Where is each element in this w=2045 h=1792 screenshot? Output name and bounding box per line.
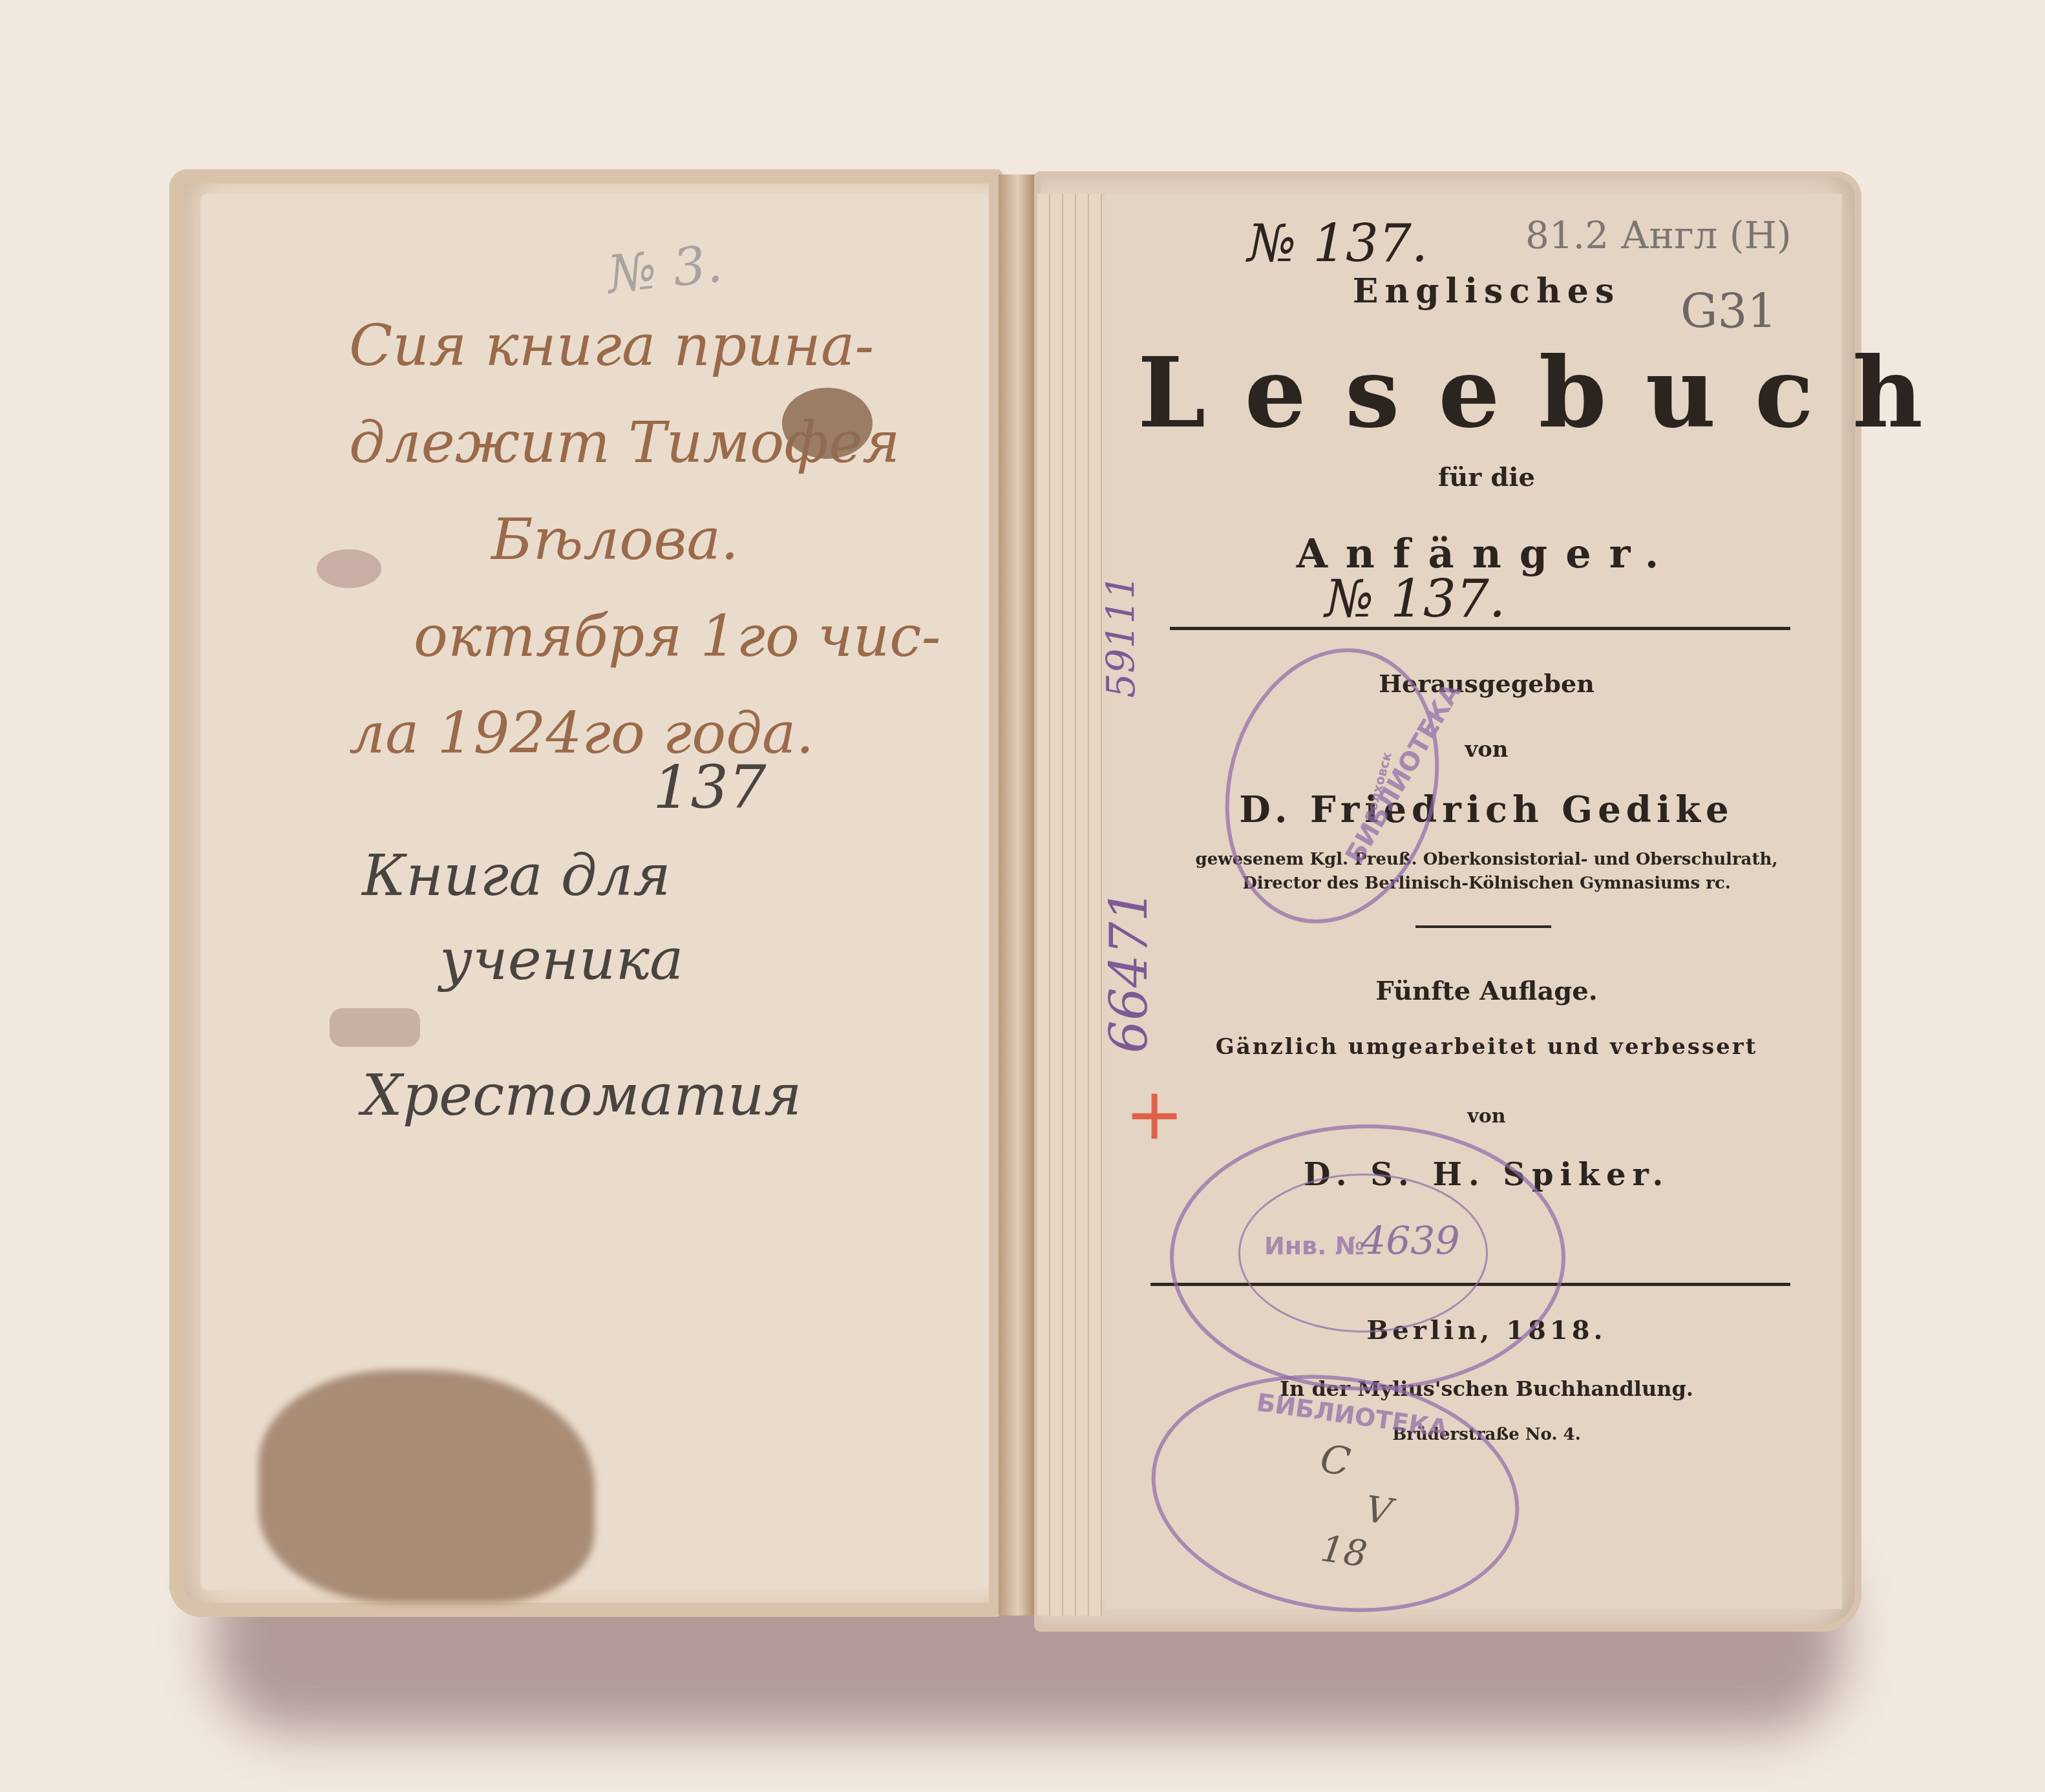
- ink-blot: [782, 388, 873, 459]
- editor-intro: Herausgegeben: [1138, 669, 1836, 698]
- inventory-label: Инв. №: [1264, 1232, 1365, 1260]
- handwritten-number-mid: № 137.: [1325, 569, 1505, 629]
- pencil-number-3: № 3.: [605, 233, 725, 305]
- pencil-inscription: Книга для ученика Хрестоматия: [362, 834, 802, 1137]
- revision-note: Gänzlich umgearbeitet und verbessert: [1138, 1034, 1836, 1060]
- ownership-line-2: длежит Тимофея: [349, 394, 1008, 491]
- reviser-von: von: [1138, 1105, 1836, 1128]
- divider-rule-1: [1170, 627, 1790, 630]
- stamp-2-shelf-letter: C: [1317, 1437, 1353, 1486]
- stamp-2-text: БИБЛИОТЕКА: [1255, 1388, 1449, 1443]
- ownership-line-3: Бѣлова.: [349, 491, 1008, 588]
- stain-mark-2: [330, 1008, 420, 1047]
- ownership-inscription: Сия книга прина- длежит Тимофея Бѣлова. …: [349, 297, 1008, 782]
- title-line-1: Englisches: [1138, 271, 1836, 311]
- edition: Fünfte Auflage.: [1138, 976, 1836, 1006]
- ownership-line-4: октября 1го чис-: [349, 588, 1008, 685]
- page-edges: [1037, 194, 1102, 1616]
- ink-smear: [259, 1370, 595, 1603]
- pencil-line-2: ученика: [362, 918, 802, 1002]
- title-line-3: für die: [1138, 462, 1836, 492]
- red-pencil-mark: +: [1125, 1073, 1184, 1155]
- stamp-2-shelf-roman: V: [1363, 1488, 1395, 1534]
- stain-mark: [317, 549, 381, 588]
- pencil-number-137: 137: [653, 753, 767, 822]
- inventory-stamp: Инв. № 4639: [1170, 1124, 1565, 1391]
- ownership-line-1: Сия книга прина-: [349, 297, 1008, 394]
- stamp-2-shelf-number: 18: [1318, 1528, 1370, 1576]
- margin-number-1: 59111: [1099, 574, 1144, 698]
- pencil-line-1: Книга для: [362, 834, 802, 918]
- pencil-line-3: Хрестоматия: [362, 1053, 802, 1137]
- divider-rule-2: [1415, 925, 1551, 928]
- inventory-number: 4639: [1361, 1219, 1460, 1264]
- title-main: Lesebuch: [1138, 336, 1836, 450]
- pencil-shelfmark: 81.2 Англ (Н): [1525, 213, 1792, 257]
- handwritten-number-top: № 137.: [1247, 213, 1428, 273]
- book-spine: [999, 174, 1037, 1616]
- margin-number-2: 66471: [1099, 889, 1159, 1054]
